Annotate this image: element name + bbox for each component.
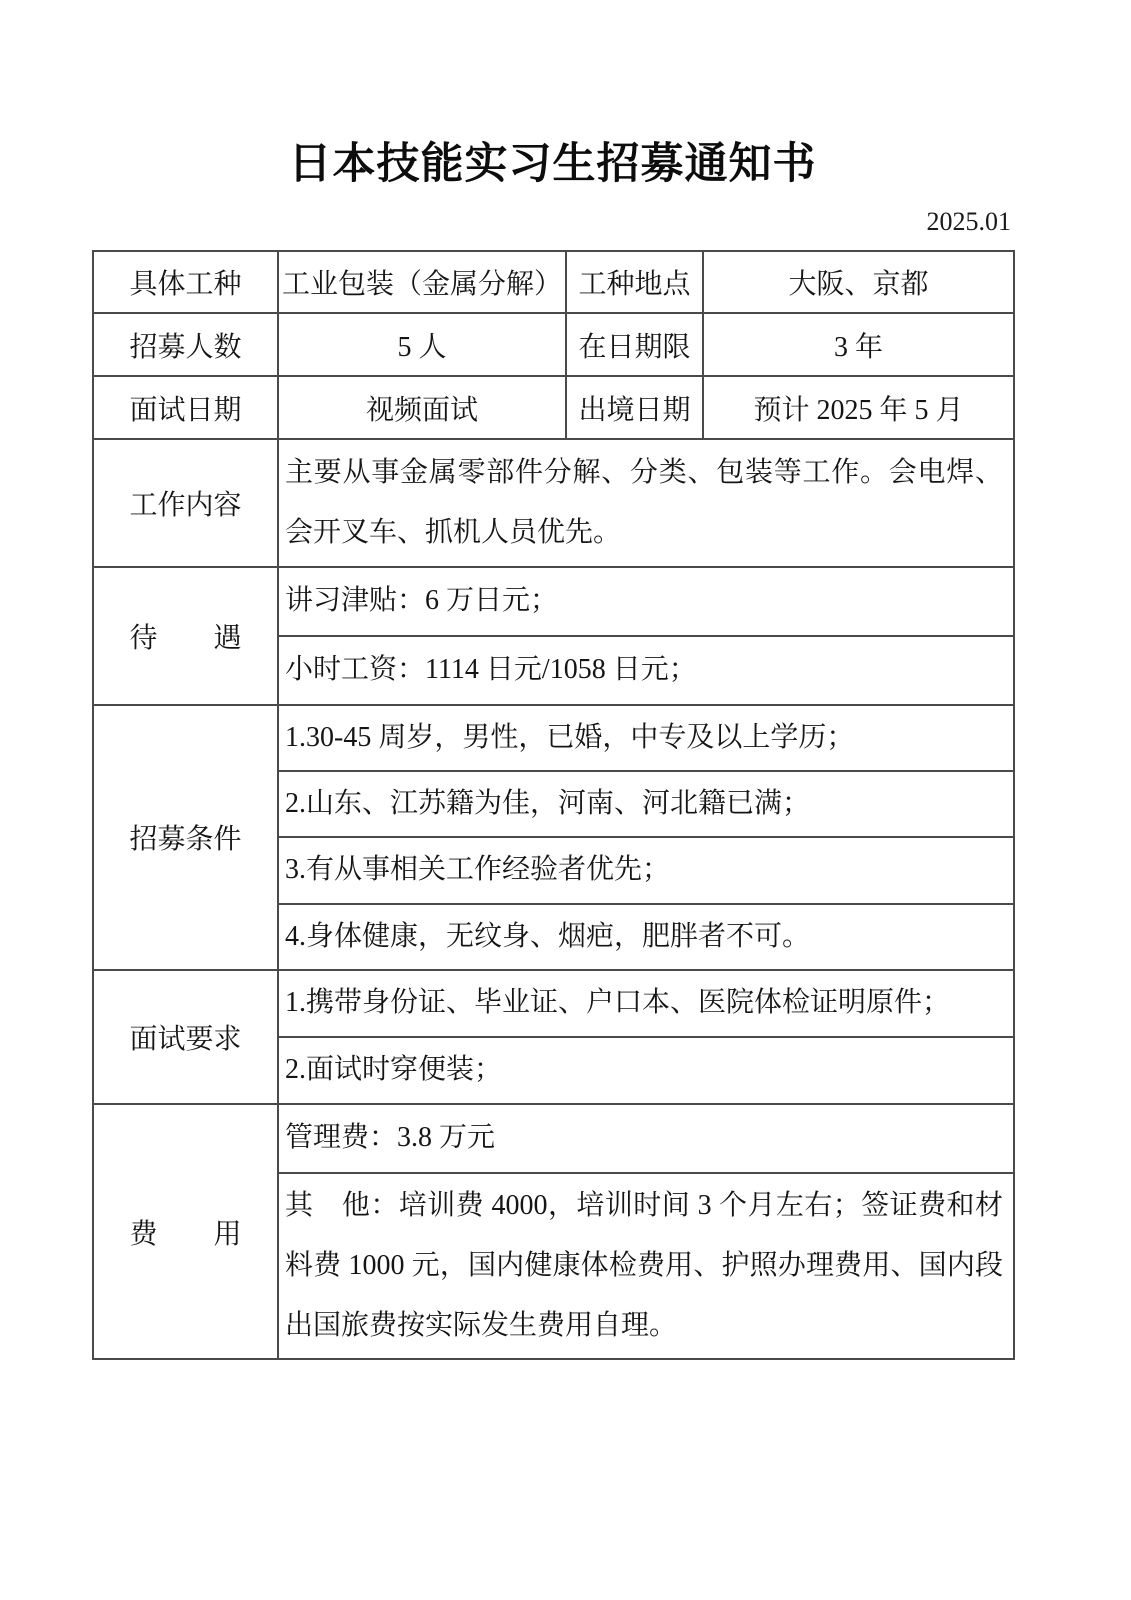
condition-text-3: 3.有从事相关工作经验者优先； [285,840,1003,900]
treatment-item-hourly-wage: 小时工资：1114 日元/1058 日元； [278,636,1014,705]
treatment-hourly-wage-text: 小时工资：1114 日元/1058 日元； [285,640,1003,700]
info-row-headcount: 招募人数 5 人 在日期限 3 年 [93,313,1014,376]
fees-other-text: 其 他：培训费 4000，培训时间 3 个月左右；签证费和材料费 1000 元，… [285,1176,1003,1357]
condition-item-3: 3.有从事相关工作经验者优先； [278,837,1014,903]
fees-management-text: 管理费：3.8 万元 [285,1108,1003,1168]
value-job-location: 大阪、京都 [703,251,1014,313]
doc-date: 2025.01 [92,207,1011,237]
value-interview-date: 视频面试 [278,376,566,439]
label-specific-job: 具体工种 [93,251,278,313]
interview-req-text-1: 1.携带身份证、毕业证、户口本、医院体检证明原件； [285,973,1003,1033]
label-interview-date: 面试日期 [93,376,278,439]
label-stay-period: 在日期限 [566,313,703,376]
work-content-text: 主要从事金属零部件分解、分类、包装等工作。会电焊、会开叉车、抓机人员优先。 [285,443,1003,563]
condition-item-4: 4.身体健康，无纹身、烟疤，肥胖者不可。 [278,904,1014,970]
section-row-conditions-1: 招募条件 1.30-45 周岁，男性，已婚，中专及以上学历； [93,705,1014,771]
recruitment-notice-table: 具体工种 工业包装（金属分解） 工种地点 大阪、京都 招募人数 5 人 在日期限… [92,250,1015,1360]
condition-item-1: 1.30-45 周岁，男性，已婚，中专及以上学历； [278,705,1014,771]
treatment-allowance-text: 讲习津贴：6 万日元； [285,571,1003,631]
condition-text-1: 1.30-45 周岁，男性，已婚，中专及以上学历； [285,708,1003,768]
value-recruit-count: 5 人 [278,313,566,376]
value-specific-job: 工业包装（金属分解） [278,251,566,313]
label-recruit-count: 招募人数 [93,313,278,376]
interview-req-text-2: 2.面试时穿便装； [285,1040,1003,1100]
value-work-content: 主要从事金属零部件分解、分类、包装等工作。会电焊、会开叉车、抓机人员优先。 [278,439,1014,567]
label-interview-requirements: 面试要求 [93,970,278,1104]
label-recruit-conditions: 招募条件 [93,705,278,970]
section-row-interview-req-1: 面试要求 1.携带身份证、毕业证、户口本、医院体检证明原件； [93,970,1014,1037]
info-row-interview-date: 面试日期 视频面试 出境日期 预计 2025 年 5 月 [93,376,1014,439]
label-job-location: 工种地点 [566,251,703,313]
fees-item-management: 管理费：3.8 万元 [278,1104,1014,1173]
section-row-treatment-1: 待 遇 讲习津贴：6 万日元； [93,567,1014,636]
treatment-item-allowance: 讲习津贴：6 万日元； [278,567,1014,636]
label-fees: 费 用 [93,1104,278,1360]
info-row-job-type: 具体工种 工业包装（金属分解） 工种地点 大阪、京都 [93,251,1014,313]
document-page: 日本技能实习生招募通知书 2025.01 具体工种 工业包装（金属分解） 工种地… [92,0,1013,1360]
condition-item-2: 2.山东、江苏籍为佳，河南、河北籍已满； [278,771,1014,837]
value-departure-date: 预计 2025 年 5 月 [703,376,1014,439]
label-work-content: 工作内容 [93,439,278,567]
page-title: 日本技能实习生招募通知书 [92,0,1013,191]
fees-item-other: 其 他：培训费 4000，培训时间 3 个月左右；签证费和材料费 1000 元，… [278,1173,1014,1360]
label-treatment: 待 遇 [93,567,278,705]
interview-req-item-2: 2.面试时穿便装； [278,1037,1014,1104]
value-stay-period: 3 年 [703,313,1014,376]
label-departure-date: 出境日期 [566,376,703,439]
section-row-fees-1: 费 用 管理费：3.8 万元 [93,1104,1014,1173]
interview-req-item-1: 1.携带身份证、毕业证、户口本、医院体检证明原件； [278,970,1014,1037]
condition-text-4: 4.身体健康，无纹身、烟疤，肥胖者不可。 [285,907,1003,967]
section-row-work-content: 工作内容 主要从事金属零部件分解、分类、包装等工作。会电焊、会开叉车、抓机人员优… [93,439,1014,567]
condition-text-2: 2.山东、江苏籍为佳，河南、河北籍已满； [285,774,1003,834]
